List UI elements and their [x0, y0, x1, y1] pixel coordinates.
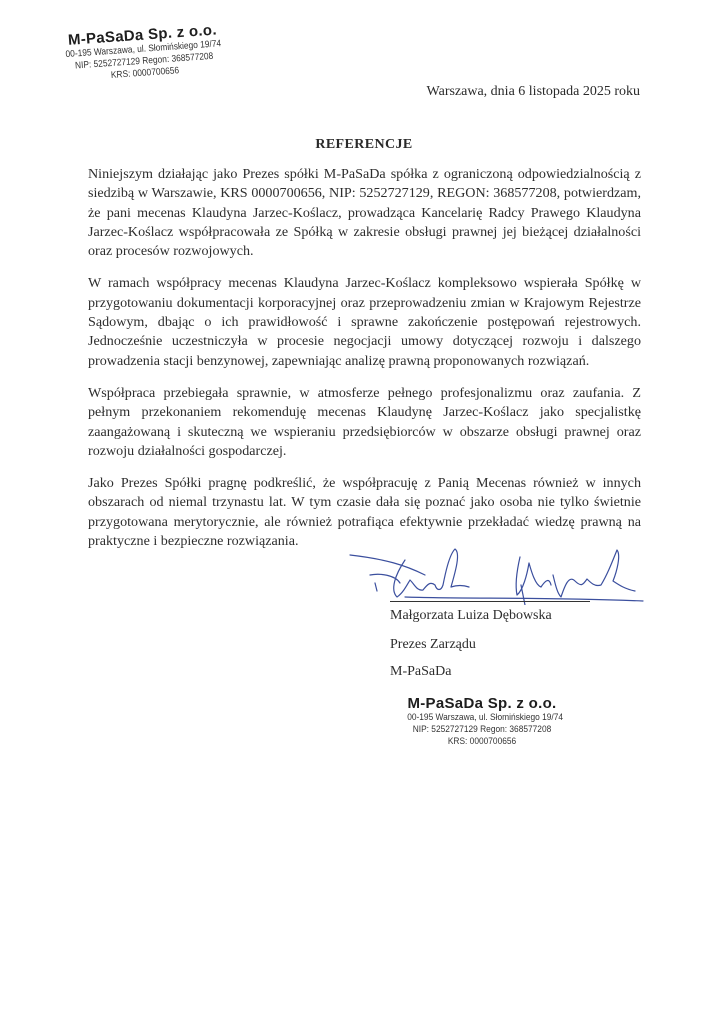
company-stamp-header: M-PaSaDa Sp. z o.o. 00-195 Warszawa, ul.…	[52, 20, 235, 85]
date-line: Warszawa, dnia 6 listopada 2025 roku	[427, 84, 640, 100]
document-title: REFERENCJE	[0, 137, 728, 153]
signature-line	[390, 601, 590, 602]
signer-name: Małgorzata Luiza Dębowska	[390, 608, 552, 624]
company-stamp-footer: M-PaSaDa Sp. z o.o. 00-195 Warszawa, ul.…	[397, 695, 567, 748]
signer-company: M-PaSaDa	[390, 664, 451, 680]
letter-body: Niniejszym działając jako Prezes spółki …	[88, 165, 641, 564]
paragraph: W ramach współpracy mecenas Klaudyna Jar…	[88, 274, 641, 370]
stamp-company-name: M-PaSaDa Sp. z o.o.	[397, 695, 567, 712]
stamp-krs: KRS: 0000700656	[407, 736, 557, 748]
paragraph: Niniejszym działając jako Prezes spółki …	[88, 165, 641, 261]
stamp-address: 00-195 Warszawa, ul. Słomińskiego 19/74	[407, 712, 557, 724]
paragraph: Współpraca przebiegała sprawnie, w atmos…	[88, 384, 641, 461]
signer-role: Prezes Zarządu	[390, 637, 476, 653]
stamp-tax-ids: NIP: 5252727129 Regon: 368577208	[407, 724, 557, 736]
handwritten-signature	[345, 545, 645, 605]
paragraph: Jako Prezes Spółki pragnę podkreślić, że…	[88, 474, 641, 551]
